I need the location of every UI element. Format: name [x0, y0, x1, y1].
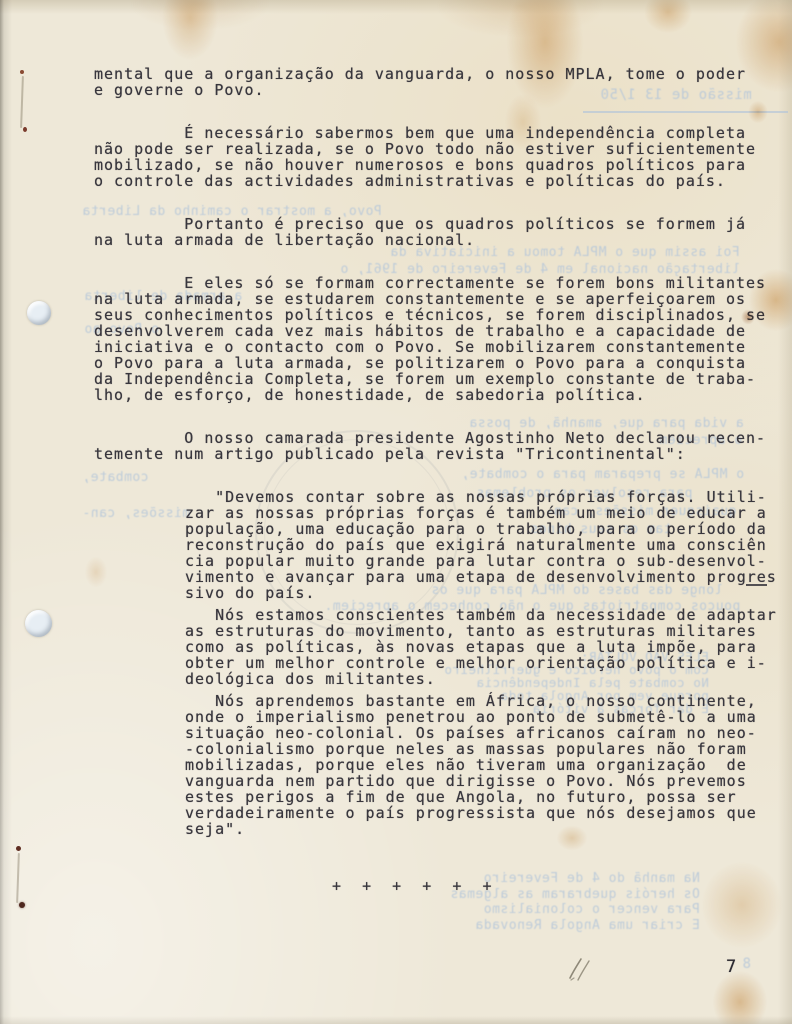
typewritten-text: mental que a organização da vanguarda, o…	[94, 66, 784, 843]
text-line: Portanto é preciso que os quadros políti…	[94, 216, 784, 232]
text-line: temente num artigo publicado pela revist…	[94, 446, 784, 462]
paragraph: É necessário sabermos bem que uma indepe…	[94, 125, 784, 189]
text-line: na luta armada de libertação nacional.	[94, 232, 784, 248]
paragraph: O nosso camarada presidente Agostinho Ne…	[94, 430, 784, 462]
text-line: iniciativa e o contacto com o Povo. Se m…	[94, 339, 784, 355]
text-line: estes perigos a fim de que Angola, no fu…	[185, 789, 784, 805]
scanned-document-page: missão de 13 1/50Povo, a mostrar o camin…	[0, 0, 792, 1024]
text-line: e governe o Povo.	[94, 82, 784, 98]
text-line: seja".	[185, 821, 784, 837]
staple-crease	[20, 76, 24, 128]
text-line: o controle das actividades administrativ…	[94, 173, 784, 189]
text-line: na luta armada, se estudarem constanteme…	[94, 291, 784, 307]
pencil-scribble	[558, 948, 602, 992]
staple-rust-mark	[23, 127, 27, 132]
text-line: zar as nossas próprias forças é também u…	[185, 505, 784, 521]
text-line: situação neo-colonial. Os países african…	[185, 725, 784, 741]
staple-rust-mark	[20, 70, 24, 74]
paragraph: "Devemos contar sobre as nossas próprias…	[185, 489, 784, 601]
text-line: população, uma educação para o trabalho,…	[185, 521, 784, 537]
text-line: Nós aprendemos bastante em África, o nos…	[185, 693, 784, 709]
paragraph: E eles só se formam correctamente se for…	[94, 275, 784, 403]
text-line: seus conhecimentos políticos e técnicos,…	[94, 307, 784, 323]
text-line: vanguarda nem partido que dirigisse o Po…	[185, 773, 784, 789]
text-line: Nós estamos conscientes também da necess…	[185, 607, 784, 623]
text-line: -colonialismo porque neles as massas pop…	[185, 741, 784, 757]
text-line: reconstrução do país que exigirá natural…	[185, 537, 784, 553]
staple-rust-mark	[19, 902, 25, 908]
text-line: obter um melhor controle e melhor orient…	[185, 655, 784, 671]
text-line: vimento e avançar para uma etapa de dese…	[185, 569, 784, 585]
text-line: O nosso camarada presidente Agostinho Ne…	[94, 430, 784, 446]
page-number: 7	[726, 957, 736, 977]
text-line: as estruturas do movimento, tanto as est…	[185, 623, 784, 639]
paragraph: mental que a organização da vanguarda, o…	[94, 66, 784, 98]
paragraph: Nós aprendemos bastante em África, o nos…	[185, 693, 784, 837]
text-line: cia popular muito grande para lutar cont…	[185, 553, 784, 569]
text-line: desenvolverem cada vez mais hábitos de t…	[94, 323, 784, 339]
plus-separator: + + + + + +	[332, 877, 493, 895]
text-line: verdadeiramente o país progressista que …	[185, 805, 784, 821]
bleedthrough-fragment: 8	[742, 956, 751, 972]
text-line: "Devemos contar sobre as nossas próprias…	[185, 489, 784, 505]
text-line: onde o imperialismo penetrou ao ponto de…	[185, 709, 784, 725]
paragraph: Portanto é preciso que os quadros políti…	[94, 216, 784, 248]
staple-rust-mark	[16, 846, 21, 851]
staple-crease	[16, 853, 20, 903]
text-line: E eles só se formam correctamente se for…	[94, 275, 784, 291]
paragraph: Nós estamos conscientes também da necess…	[185, 607, 784, 687]
text-line: É necessário sabermos bem que uma indepe…	[94, 125, 784, 141]
text-line: da Independência Completa, se forem um e…	[94, 371, 784, 387]
text-line: deológica dos militantes.	[185, 671, 784, 687]
text-line: mental que a organização da vanguarda, o…	[94, 66, 784, 82]
typed-underline	[746, 584, 767, 586]
punch-hole-top	[27, 301, 51, 325]
text-line: mobilizado, se não houver numerosos e bo…	[94, 157, 784, 173]
text-line: não pode ser realizada, se o Povo todo n…	[94, 141, 784, 157]
text-line: o Povo para a luta armada, se politizare…	[94, 355, 784, 371]
text-line: como as políticas, às novas etapas que a…	[185, 639, 784, 655]
text-line: lho, de esforço, de honestidade, de sabe…	[94, 387, 784, 403]
text-line: mobilizadas, porque eles não tiveram uma…	[185, 757, 784, 773]
punch-hole-bottom	[25, 610, 52, 637]
text-line: sivo do país.	[185, 585, 784, 601]
